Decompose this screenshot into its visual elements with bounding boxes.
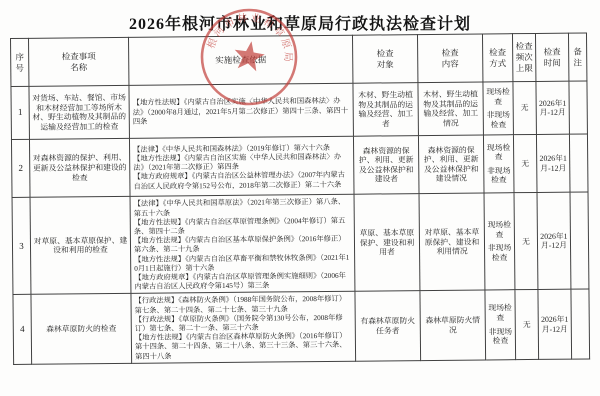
- cell-target: 森林资源的保护、利用、更新及公益林保护和建设者: [353, 136, 419, 195]
- cell-method: 现场检查 非现场检查: [484, 193, 515, 290]
- cell-content: 对草原、基本草原保护、建设和利用情况: [419, 193, 485, 291]
- cell-no: 1: [11, 86, 30, 140]
- method-offsite: 非现场检查: [486, 166, 511, 185]
- cell-method: 现场检查 非现场检查: [483, 135, 514, 193]
- col-header-target: 检查 对象: [352, 35, 417, 84]
- col-header-frequency: 检查 频次 上限: [512, 33, 535, 81]
- header-row: 序 号 检查事项 名称 实施检查依据 检查 对象 检查 内容 检查 方式 检查 …: [11, 33, 587, 87]
- cell-item: 对森林资源的保护、利用、更新及公益林保护和建设的检查: [29, 139, 130, 198]
- col-header-basis: 实施检查依据: [128, 35, 352, 85]
- data-table: 序 号 检查事项 名称 实施检查依据 检查 对象 检查 内容 检查 方式 检查 …: [10, 32, 590, 364]
- cell-time: 2026年1月-12月: [537, 193, 571, 290]
- cell-time: 2026年1月-12月: [538, 290, 572, 360]
- cell-note: [569, 134, 588, 192]
- cell-frequency: 无: [513, 135, 537, 193]
- col-header-time: 检查 时间: [535, 33, 568, 81]
- cell-no: 2: [11, 140, 30, 198]
- cell-item: 森林草原防火的检查: [31, 294, 132, 364]
- cell-basis: 【地方性法规】《内蒙古自治区实施〈中华人民共和国森林法〉办法》（2000年8月通…: [129, 83, 354, 139]
- cell-basis: 【法律】《中华人民共和国草原法》（2021年第三次修正）第八条、第五十六条 【地…: [130, 195, 355, 294]
- cell-content: 森林草原防火情况: [420, 290, 486, 360]
- table-row: 2 对森林资源的保护、利用、更新及公益林保护和建设的检查 【法律】《中华人民共和…: [11, 134, 588, 198]
- col-header-note: 备 注: [568, 33, 586, 81]
- col-header-item: 检查事项 名称: [29, 37, 129, 86]
- cell-item: 对货场、车站、餐馆、市场和木材经营加工等场所木材、野生动植物及其制品的运输及经营…: [29, 85, 130, 139]
- cell-target: 有森林草原防火任务者: [355, 291, 421, 361]
- col-header-method: 检查 方式: [482, 34, 512, 82]
- col-header-content: 检查 内容: [417, 34, 482, 83]
- method-onsite: 现场检查: [488, 304, 513, 323]
- document-page: 2026年根河市林业和草原局行政执法检查计划 序 号 检查事项 名称 实施检查依…: [0, 0, 600, 396]
- method-onsite: 现场检查: [486, 143, 511, 162]
- method-onsite: 现场检查: [485, 87, 510, 106]
- page-title: 2026年根河市林业和草原局行政执法检查计划: [0, 11, 600, 34]
- cell-note: [571, 289, 590, 359]
- cell-method: 现场检查 非现场检查: [483, 82, 514, 136]
- cell-frequency: 无: [515, 290, 539, 360]
- table-row: 1 对货场、车站、餐馆、市场和木材经营加工等场所木材、野生动植物及其制品的运输及…: [11, 81, 587, 140]
- inspection-plan-table: 序 号 检查事项 名称 实施检查依据 检查 对象 检查 内容 检查 方式 检查 …: [10, 32, 591, 364]
- method-offsite: 非现场检查: [488, 327, 513, 346]
- table-row: 4 森林草原防火的检查 【行政法规】《森林防火条例》（1988年国务院公布，20…: [13, 289, 590, 364]
- cell-method: 现场检查 非现场检查: [485, 290, 516, 360]
- method-offsite: 非现场检查: [487, 244, 512, 263]
- cell-time: 2026年1月-12月: [536, 81, 570, 135]
- cell-target: 草原、基本草原保护、建设和利用者: [354, 194, 420, 292]
- method-onsite: 现场检查: [487, 220, 512, 239]
- cell-no: 3: [12, 198, 31, 295]
- table-row: 3 对草原、基本草原保护、建设和利用的检查 【法律】《中华人民共和国草原法》（2…: [12, 192, 589, 295]
- cell-no: 4: [13, 295, 32, 365]
- cell-note: [569, 81, 588, 135]
- cell-content: 森林资源的保护、利用、更新及公益林保护和建设情况: [418, 135, 484, 194]
- method-offsite: 非现场检查: [486, 110, 511, 129]
- cell-frequency: 无: [514, 193, 538, 290]
- cell-basis: 【行政法规】《森林防火条例》（1988年国务院公布，2008年修订）第七条、第二…: [131, 292, 356, 364]
- cell-target: 木材、野生动植物及其制品的运输及经营、加工者: [353, 83, 419, 137]
- cell-time: 2026年1月-12月: [536, 135, 570, 193]
- cell-note: [570, 192, 589, 289]
- cell-content: 木材、野生动植物及其制品的运输及经营、加工情况: [418, 82, 484, 136]
- cell-basis: 【法律】《中华人民共和国森林法》（2019年修订）第六十六条 【地方性法规】《内…: [129, 137, 354, 197]
- cell-frequency: 无: [513, 81, 537, 135]
- cell-item: 对草原、基本草原保护、建设和利用的检查: [30, 197, 131, 295]
- col-header-no: 序 号: [11, 38, 29, 86]
